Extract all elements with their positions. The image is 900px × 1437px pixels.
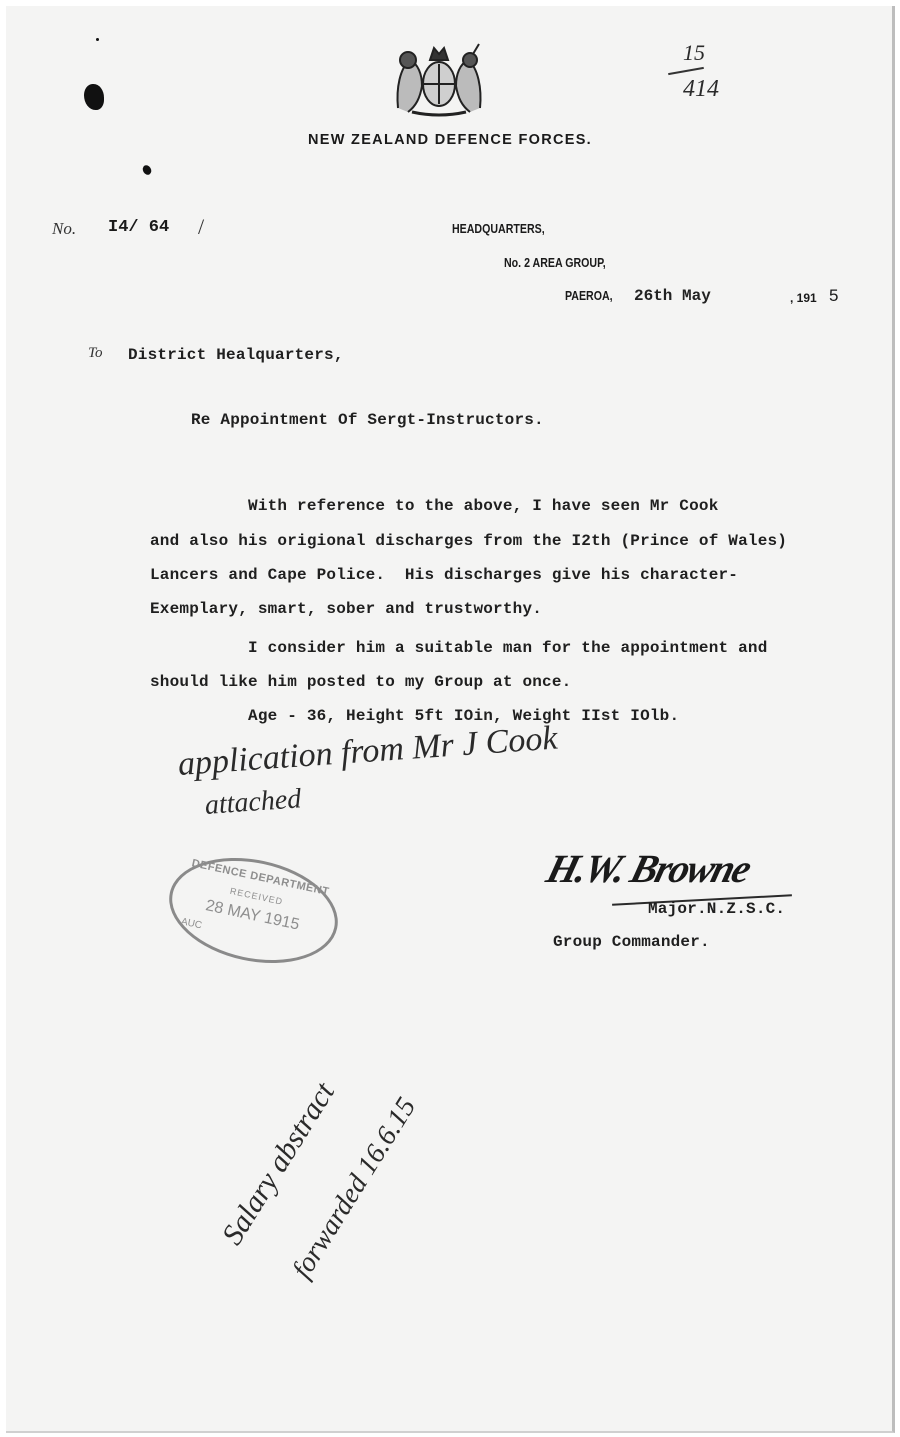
ink-speck: [96, 38, 99, 41]
reference-label: No.: [52, 219, 76, 239]
reference-slash: /: [198, 214, 204, 240]
letterhead-title: NEW ZEALAND DEFENCE FORCES.: [0, 132, 900, 148]
address-area-group: No. 2 AREA GROUP,: [504, 256, 606, 270]
address-place: PAEROA,: [565, 289, 613, 303]
subject-line: Re Appointment Of Sergt-Instructors.: [191, 411, 544, 429]
signature: H.W. Browne: [542, 845, 755, 892]
signatory-title: Group Commander.: [553, 933, 710, 951]
reference-number: I4/ 64: [108, 218, 169, 237]
year-prefix: , 191: [790, 291, 817, 305]
body-line: With reference to the above, I have seen…: [150, 497, 719, 515]
body-line: and also his origional discharges from t…: [150, 532, 787, 550]
body-line: I consider him a suitable man for the ap…: [150, 639, 768, 657]
annotation-numerator: 15: [683, 40, 705, 66]
recipient-name: District Healquarters,: [128, 346, 344, 364]
handwritten-note-line2: attached: [204, 783, 302, 822]
letter-date: 26th May: [634, 287, 711, 305]
signatory-rank: Major.N.Z.S.C.: [648, 900, 785, 918]
stamp-city: AUC: [180, 916, 203, 931]
body-line: Exemplary, smart, sober and trustworthy.: [150, 600, 542, 618]
recipient-label: To: [88, 345, 102, 362]
annotation-denominator: 414: [683, 76, 719, 103]
ink-blot: [84, 84, 104, 110]
year-suffix: 5: [829, 286, 838, 306]
coat-of-arms-icon: [378, 38, 500, 118]
address-headquarters: HEADQUARTERS,: [452, 222, 545, 236]
body-line: Lancers and Cape Police. His discharges …: [150, 566, 738, 584]
body-line: Age - 36, Height 5ft IOin, Weight IIst I…: [150, 707, 679, 725]
body-line: should like him posted to my Group at on…: [150, 673, 571, 691]
